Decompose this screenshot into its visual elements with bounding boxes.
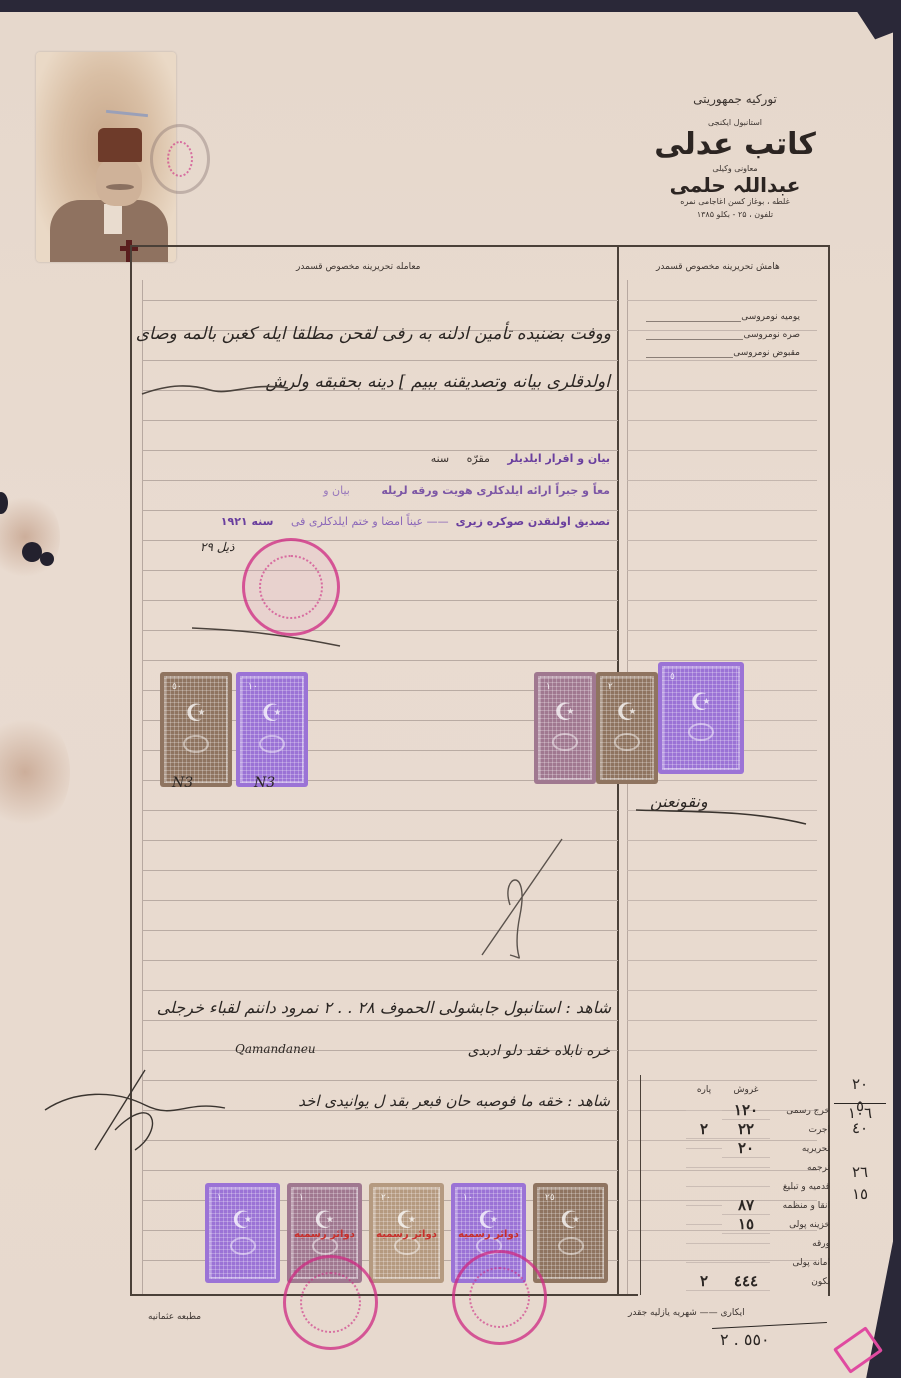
ruled-line bbox=[142, 600, 618, 601]
handwritten-line-2: اولدقلرى بيانه وتصديقنه ببيم ] دينه بحقب… bbox=[290, 372, 610, 392]
tughra-rosette-icon bbox=[259, 735, 285, 753]
ruled-line bbox=[627, 480, 817, 481]
stamp-overprint: دوائر رسمیه bbox=[293, 1229, 356, 1240]
ruled-line bbox=[627, 840, 817, 841]
seal-annotation: ذيل ٢٩ bbox=[200, 540, 234, 554]
revenue-stamp: ٢☪ bbox=[596, 672, 658, 784]
crescent-star-icon: ☪ bbox=[560, 1208, 582, 1232]
grand-total: ٥٥٠ . ٢ bbox=[720, 1330, 770, 1349]
letterhead-state: تورکیه جمهوریتی bbox=[630, 92, 840, 106]
crescent-star-icon: ☪ bbox=[690, 690, 712, 714]
punch-hole bbox=[40, 552, 54, 566]
ruled-line bbox=[142, 510, 618, 511]
seal-signature-stroke bbox=[190, 620, 350, 650]
ruled-line bbox=[142, 810, 618, 811]
filler-squiggle bbox=[140, 378, 290, 398]
stamp-denomination: ١٠ bbox=[463, 1193, 473, 1203]
official-signature bbox=[470, 835, 570, 965]
stamp-denomination: ٢٠ bbox=[381, 1193, 391, 1203]
fee-table-header: غروش پاره bbox=[650, 1085, 830, 1101]
inner-rule bbox=[627, 280, 628, 1294]
margin-column-header: هامش تحریرینه مخصوص قسمدر bbox=[656, 262, 780, 272]
revenue-stamp: ٥☪ bbox=[658, 662, 744, 774]
fee-table: غروش پاره خرج رسمی١٢٠اجرت٢٢٢تحریریه٢٠ترج… bbox=[650, 1085, 830, 1291]
ruled-line bbox=[142, 990, 618, 991]
ruled-line bbox=[142, 660, 618, 661]
certification-line-2: معاً و جبراً ارائه ایلدکلری هویت ورقه لر… bbox=[160, 484, 610, 497]
letterhead-office: کاتب عدلی bbox=[630, 127, 840, 162]
tughra-rosette-icon bbox=[558, 1237, 584, 1255]
ruled-line bbox=[627, 540, 817, 541]
main-column-header: معامله تحریرینه مخصوص قسمدر bbox=[296, 262, 420, 272]
ruled-line bbox=[627, 1020, 817, 1021]
margin-field-sequence-number: صره نومروسی bbox=[640, 330, 800, 340]
tughra-rosette-icon bbox=[552, 733, 578, 751]
water-stain bbox=[0, 712, 70, 832]
witness-line-1: شاهد : استانبول جابشولى الحموف ٢٨ . . ٢ … bbox=[126, 998, 611, 1017]
stamp-overprint: دوائر رسمیه bbox=[375, 1229, 438, 1240]
photo-face bbox=[96, 158, 142, 206]
revenue-stamp: ١☪ bbox=[534, 672, 596, 784]
ruled-line bbox=[627, 960, 817, 961]
ruled-line bbox=[142, 300, 618, 301]
ruled-line bbox=[142, 570, 618, 571]
tughra-rosette-icon bbox=[183, 735, 209, 753]
letterhead: تورکیه جمهوریتی استانبول ایکنجی کاتب عدل… bbox=[630, 92, 840, 219]
tally-value: ٢٦ bbox=[830, 1163, 890, 1185]
ruled-line bbox=[627, 360, 817, 361]
pin-icon bbox=[106, 110, 148, 117]
letterhead-line: استانبول ایکنجی bbox=[630, 118, 840, 127]
revenue-stamp: ١☪ bbox=[205, 1183, 280, 1283]
ruled-line bbox=[627, 1080, 817, 1081]
photo-overlap-seal bbox=[150, 124, 210, 194]
fee-row: قدمیه و تبلیغ bbox=[650, 1177, 830, 1196]
tally-column: ٢٠٥٤٠٢٦١٥ ١٠٦ bbox=[830, 1075, 890, 1126]
stamp-denomination: ١ bbox=[546, 682, 551, 692]
letterhead-line: معاونی وکیلی bbox=[630, 164, 840, 173]
witness-latin-signature: Qamandaneu bbox=[235, 1042, 316, 1056]
ruled-line bbox=[627, 450, 817, 451]
stamp-denomination: ١ bbox=[299, 1193, 304, 1203]
water-stain bbox=[0, 492, 60, 582]
fee-row: ترجمه bbox=[650, 1158, 830, 1177]
bottom-rule bbox=[130, 1294, 638, 1296]
margin-field-receipt-number: مقبوض نومروسی bbox=[640, 348, 800, 358]
tughra-rosette-icon bbox=[394, 1237, 420, 1255]
fez-icon bbox=[98, 128, 142, 162]
witness-line-2: خره نابلاه خقد دلو ادبدى bbox=[380, 1043, 610, 1059]
fee-row: خرج رسمی١٢٠ bbox=[650, 1101, 830, 1120]
certification-line-1: بیان و اقرار ایلدیلر مقرّه سنه bbox=[160, 452, 610, 465]
notary-seal-bottom bbox=[452, 1250, 547, 1345]
stamp-overprint: دوائر رسمیه bbox=[457, 1229, 520, 1240]
revenue-stamp: ٥٠☪ bbox=[160, 672, 232, 787]
revenue-stamp: ١٠☪ bbox=[236, 672, 308, 787]
fee-row: امانه پولی bbox=[650, 1253, 830, 1272]
margin-signature-stroke bbox=[630, 800, 810, 830]
fee-box-left bbox=[640, 1075, 641, 1295]
ruled-line bbox=[627, 420, 817, 421]
crescent-star-icon: ☪ bbox=[261, 701, 283, 725]
crescent-star-icon: ☪ bbox=[185, 701, 207, 725]
crescent-star-icon: ☪ bbox=[232, 1208, 254, 1232]
revenue-stamp: ٢٥☪ bbox=[533, 1183, 608, 1283]
handwritten-line-1: ووفت بضنيده تأمين ادلنه به رفی لقحن مطلق… bbox=[126, 324, 611, 344]
tughra-rosette-icon bbox=[230, 1237, 256, 1255]
ruled-line bbox=[142, 420, 618, 421]
ruled-line bbox=[627, 660, 817, 661]
tughra-rosette-icon bbox=[312, 1237, 338, 1255]
ruled-line bbox=[627, 930, 817, 931]
photo-mustache bbox=[106, 184, 134, 190]
witness-line-3: شاهد : خقه ما فوصبه حان فبعر بقد ل يواني… bbox=[290, 1092, 610, 1110]
photo-shirt bbox=[104, 204, 122, 234]
fee-row: خزینه پولی١٥ bbox=[650, 1215, 830, 1234]
ruled-line bbox=[627, 900, 817, 901]
certification-line-3: تصدیق اولنقدن صوکره زیری —— عیناً امضا و… bbox=[160, 515, 610, 528]
crescent-star-icon: ☪ bbox=[554, 700, 576, 724]
ruled-line bbox=[627, 570, 817, 571]
footer-note: ایکاری —— شهریه یازلیه جقدر bbox=[628, 1308, 745, 1318]
stamp-denomination: ٥ bbox=[670, 672, 675, 682]
tughra-rosette-icon bbox=[688, 723, 714, 741]
ruled-line bbox=[142, 1170, 618, 1171]
ruled-line bbox=[142, 450, 618, 451]
tally-value: ٢٠ bbox=[830, 1075, 890, 1097]
revenue-stamp: ٢٠☪دوائر رسمیه bbox=[369, 1183, 444, 1283]
ruled-line bbox=[627, 600, 817, 601]
ruled-line bbox=[627, 1050, 817, 1051]
fee-row: ورقه bbox=[650, 1234, 830, 1253]
ruled-line bbox=[627, 870, 817, 871]
witness-signature bbox=[35, 1060, 235, 1160]
ruled-line bbox=[627, 510, 817, 511]
margin-field-daily-number: یومیه نومروسی bbox=[640, 312, 800, 322]
fee-row: انقا و منظمه٨٧ bbox=[650, 1196, 830, 1215]
fee-row: اجرت٢٢٢ bbox=[650, 1120, 830, 1139]
crescent-star-icon: ☪ bbox=[616, 700, 638, 724]
stamp-cancel-mark: N3 bbox=[172, 775, 193, 791]
stamp-denomination: ١ bbox=[217, 1193, 222, 1203]
tally-value bbox=[830, 1141, 890, 1163]
fee-row: یکون٤٤٤٢ bbox=[650, 1272, 830, 1291]
fee-row: تحریریه٢٠ bbox=[650, 1139, 830, 1158]
tughra-rosette-icon bbox=[614, 733, 640, 751]
ruled-line bbox=[627, 630, 817, 631]
ruled-line bbox=[142, 1020, 618, 1021]
ruled-line bbox=[627, 390, 817, 391]
stamp-denomination: ٥٠ bbox=[172, 682, 182, 692]
notary-seal-bottom bbox=[283, 1255, 378, 1350]
stamp-denomination: ٢ bbox=[608, 682, 613, 692]
stamp-cancel-mark: N3 bbox=[254, 775, 275, 791]
letterhead-address: غلطه ، بوغاز کسن اغاجامی نمره bbox=[630, 197, 840, 206]
letterhead-name: عبداللہ حلمی bbox=[630, 173, 840, 197]
tally-value: ١٥ bbox=[830, 1185, 890, 1207]
ruled-line bbox=[142, 480, 618, 481]
stamp-denomination: ١٠ bbox=[248, 682, 258, 692]
stamp-denomination: ٢٥ bbox=[545, 1193, 555, 1203]
ruled-line bbox=[142, 360, 618, 361]
ruled-line bbox=[627, 990, 817, 991]
printer-name: مطبعه عثمانیه bbox=[148, 1312, 201, 1322]
punch-hole bbox=[22, 542, 42, 562]
ruled-line bbox=[627, 300, 817, 301]
letterhead-phone: تلفون ، ۲۵ - بکلو ۱۳۸۵ bbox=[630, 210, 840, 219]
